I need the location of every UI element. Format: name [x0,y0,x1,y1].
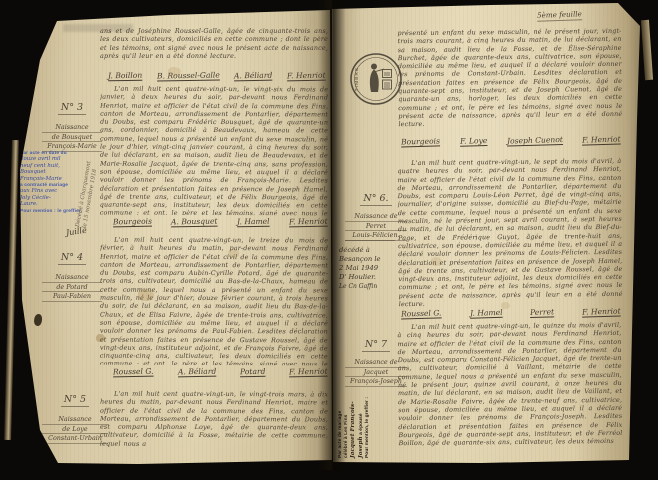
act4-body: L'an mil huit cent quatre-vingt-un, le t… [100,236,328,366]
signature-row: J. Boillon B. Roussel-Galle A. Béliard F… [108,65,326,80]
act6-body: L'an mil huit cent quatre-vingt-un, le s… [397,157,623,307]
act-firstname: Constant-Urbain [42,434,108,444]
signature: Perret [530,307,554,317]
signature-row: Roussel G. A. Béliard Potard F. Henriot [113,367,328,376]
act-surname: de Loye [42,425,108,435]
signature: A. Béliard [234,71,272,81]
signature-row: Roussel G. J. Hamel Perret F. Henriot [401,307,621,318]
corner-stamp-line: le greffier : [365,397,370,423]
act-number: N° 6. [360,193,391,206]
corner-stamp-line: Jacquet François- [350,401,356,458]
signature: A. Béliard [178,367,216,377]
signature: F. Loye [460,136,488,146]
act-type: Naissance [42,273,102,283]
act7-body: L'an mil huit cent quatre-vingt-un, le q… [397,321,622,459]
act-type: Naissance [42,415,108,425]
act3-body: L'an mil huit cent quatre-vingt-un, le v… [100,85,328,216]
signature: Roussel G. [113,367,154,377]
margin-heading-act4: N° 4 Naissance de Potard Paul-Fabien [42,245,102,302]
left-page: ans et de Joséphine Roussel-Galle, âgée … [18,9,333,465]
previous-act-ending: ans et de Joséphine Roussel-Galle, âgée … [100,27,328,63]
timbre-fiscal-stamp: TIMBRE [349,52,403,106]
ink-blot [34,314,42,326]
act-surname: de Potard [42,283,102,293]
signature-row: Bourgeois F. Loye Joseph Cuenot F. Henri… [401,135,621,146]
signature: F. Henriot [582,135,621,145]
stacked-page-edge [641,20,653,80]
corner-stamp-line: Joseph [358,436,364,458]
act-number: N° 4 [58,252,86,265]
margin-heading-act5: N° 5 Naissance de Loye Constant-Urbain [42,387,108,444]
signature: A. Bousquet [171,217,218,227]
timbre-label: TIMBRE [354,67,359,92]
signature: Potard [240,367,266,376]
signature: F. Henriot [582,307,621,317]
signature: J. Boillon [108,71,142,81]
act-number: N° 7 [362,339,390,352]
signature: Bourgeois [113,217,152,227]
act-number: N° 5 [61,394,89,407]
margin-divider [345,240,395,241]
sheet-number-label: 5ème feuille [537,9,582,22]
signature: J. Hamel [469,308,502,318]
corner-stamp-line: Pour mention, [365,424,370,458]
act-number: N° 3 [58,102,86,115]
scanned-register-photo: ans et de Joséphine Roussel-Galle, âgée … [0,0,658,480]
signature: B. Roussel-Galle [157,70,220,80]
signature: Roussel G. [401,308,442,318]
act-firstname: Paul-Fabien [42,292,102,302]
signature: J. Hamel [237,217,270,227]
signature: Joseph Cuenot [507,135,563,146]
signature: Bourgeois [401,136,440,146]
right-page: 5ème feuille TIMBRE présenté un enfant d… [331,2,643,466]
binding-gutter-shadow [318,0,346,470]
corner-stamp-line: a épousé [359,413,364,435]
act5-body-start: L'an mil huit cent quatre-vingt-un, le v… [100,390,328,458]
signature-row: Bourgeois A. Bousquet J. Hamel F. Henrio… [113,217,328,226]
stacked-page-edge [4,140,19,440]
act5-body-end: présenté un enfant du sexe masculin, né … [397,27,622,135]
